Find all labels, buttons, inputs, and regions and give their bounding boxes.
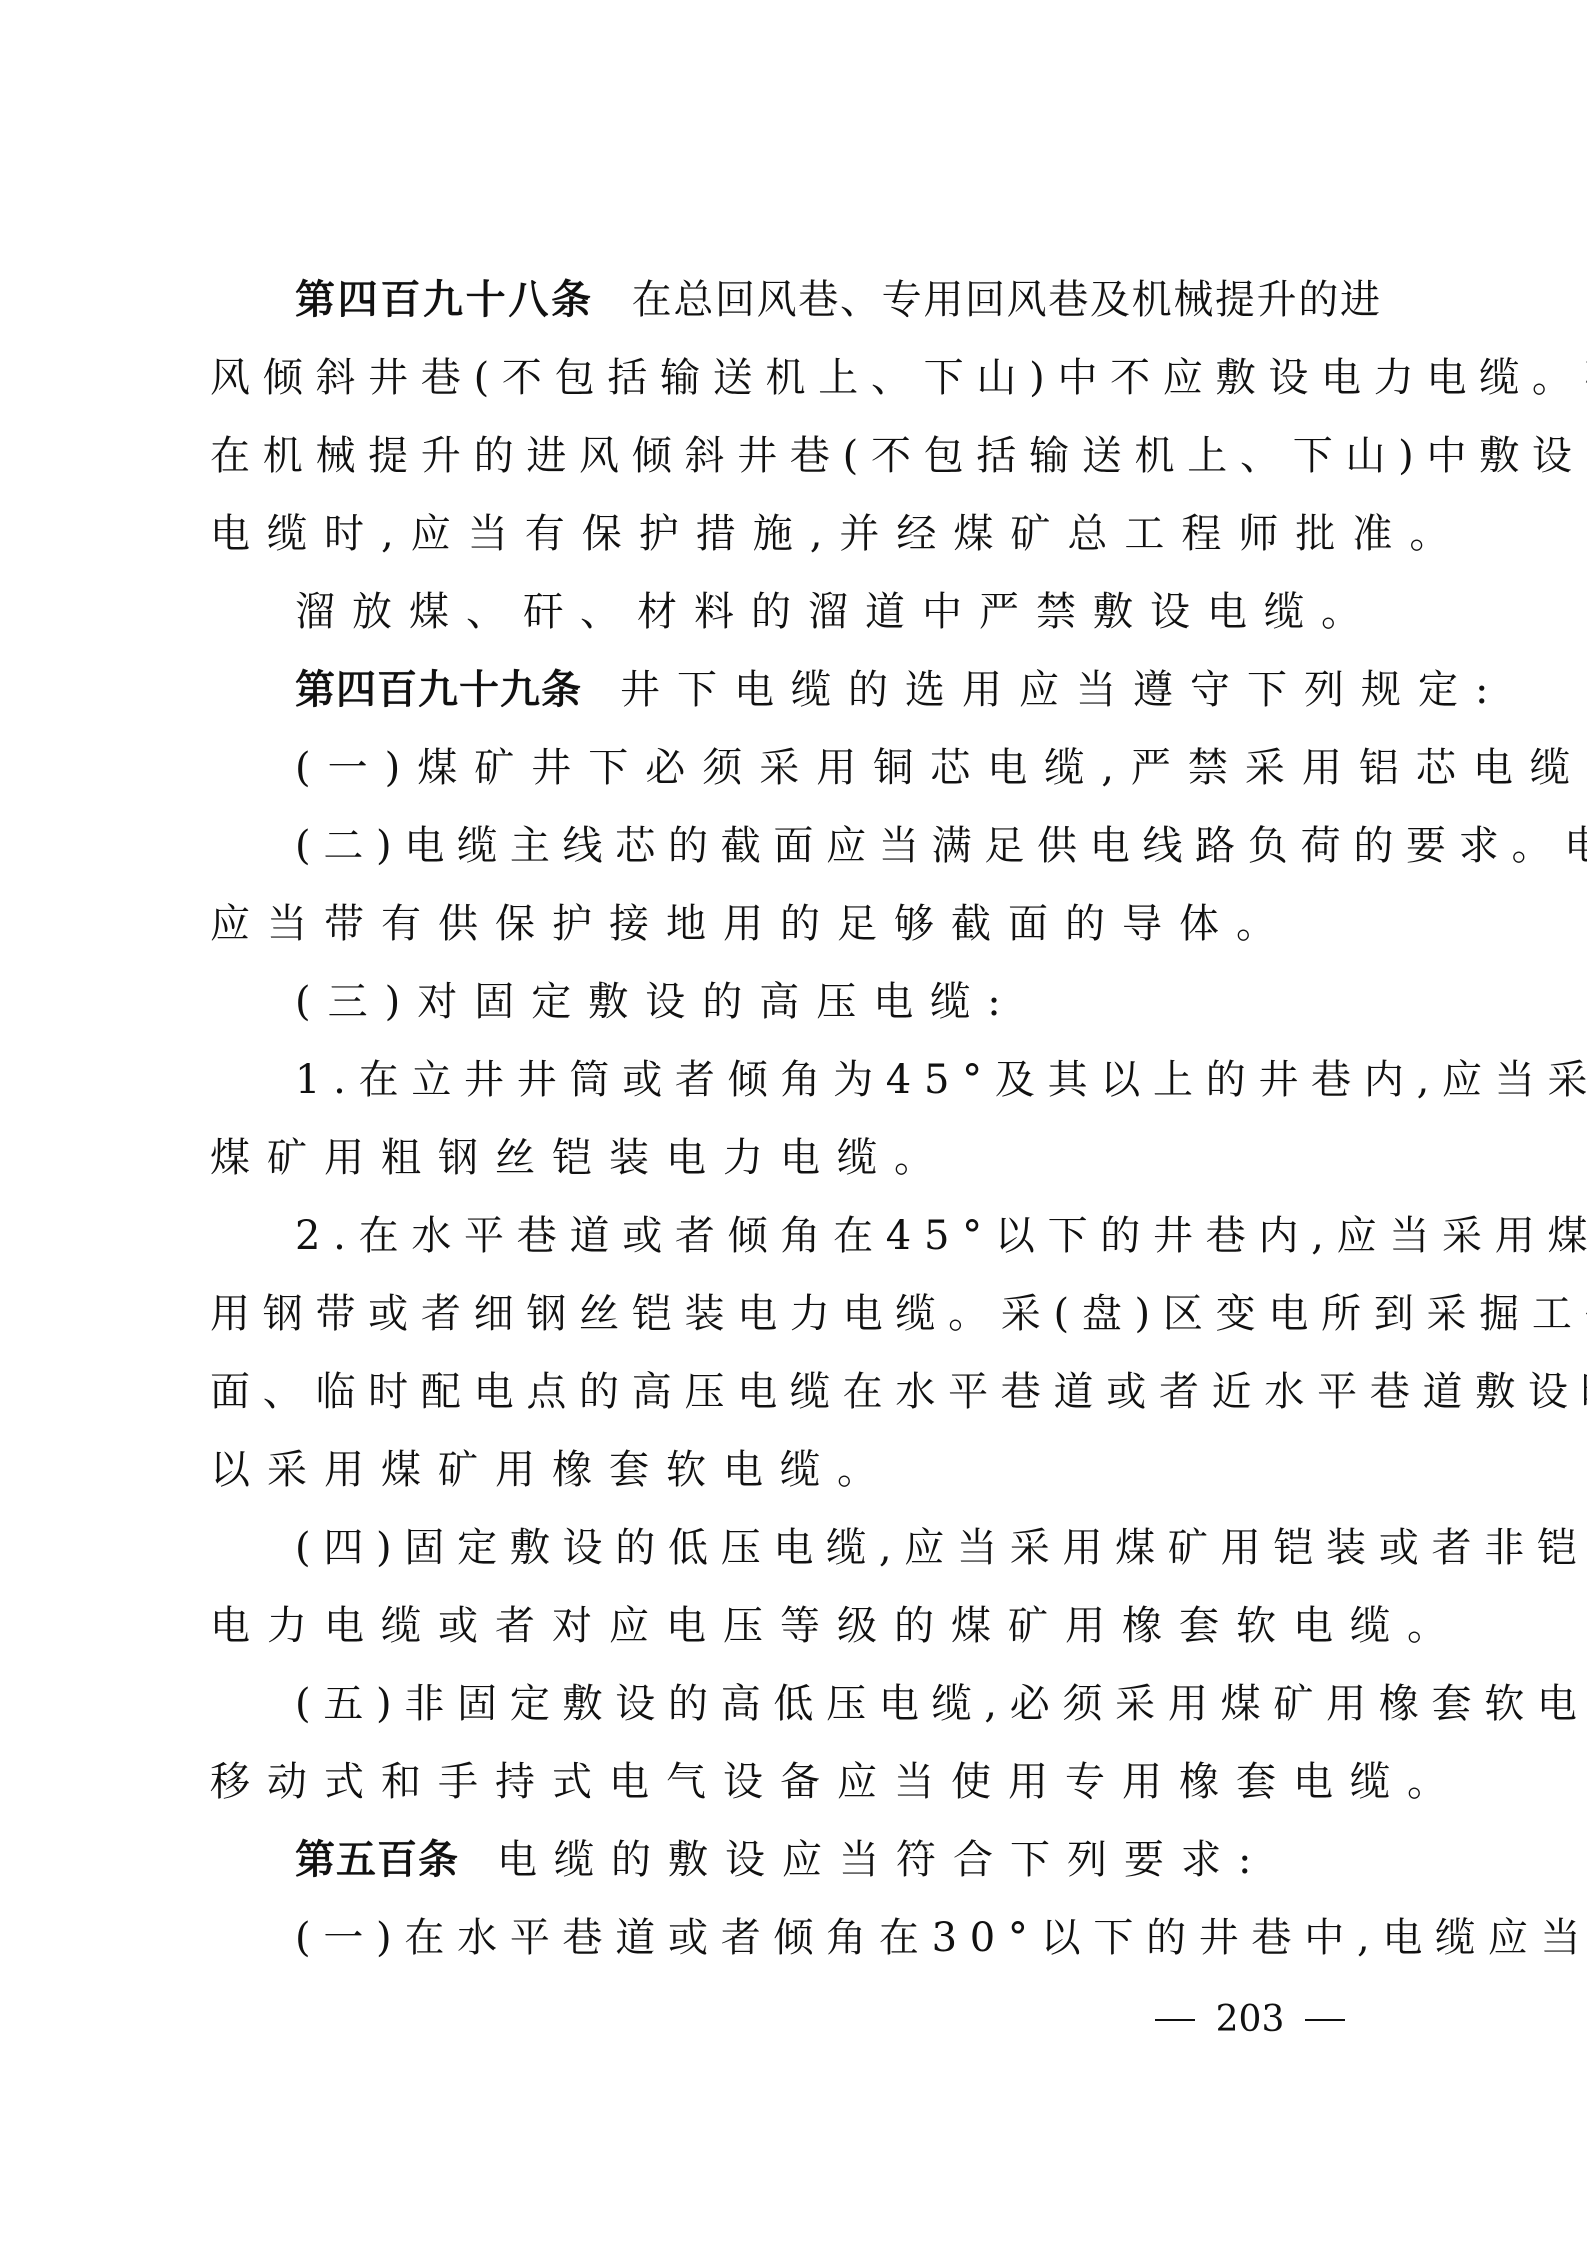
page-number-footer: 203	[1155, 1995, 1345, 2045]
dash-left	[1155, 2019, 1195, 2021]
text-line: 电缆的敷设应当符合下列要求:	[497, 1837, 1268, 1883]
text-line: 煤矿用粗钢丝铠装电力电缆。	[210, 1128, 1380, 1188]
text-line: 井下电缆的选用应当遵守下列规定:	[620, 667, 1505, 713]
list-item: ( 二 ) 电 缆 主 线 芯 的 截 面 应 当 满 足 供 电 线 路 负 …	[295, 816, 1380, 876]
article-499-line-1: 第四百九十九条井下电缆的选用应当遵守下列规定:	[295, 660, 1380, 720]
text-line: 以采用煤矿用橡套软电缆。	[210, 1440, 1380, 1500]
list-item: (三)对固定敷设的高压电缆:	[295, 972, 1380, 1032]
text-line: 电力电缆或者对应电压等级的煤矿用橡套软电缆。	[210, 1596, 1380, 1656]
text-line: 面 、 临 时 配 电 点 的 高 压 电 缆 在 水 平 巷 道 或 者 近 …	[210, 1362, 1380, 1422]
text-line: 在 机 械 提 升 的 进 风 倾 斜 井 巷 ( 不 包 括 输 送 机 上 …	[210, 426, 1380, 486]
list-item: ( 一 ) 在 水 平 巷 道 或 者 倾 角 在 3 0 ° 以 下 的 井 …	[295, 1908, 1380, 1968]
text-line: 在总回风巷、专用回风巷及机械提升的进	[632, 277, 1380, 323]
text-line: 移动式和手持式电气设备应当使用专用橡套电缆。	[210, 1752, 1380, 1812]
article-heading: 第四百九十八条	[295, 277, 594, 323]
article-heading: 第五百条	[295, 1837, 459, 1883]
text-line: 用 钢 带 或 者 细 钢 丝 铠 装 电 力 电 缆 。 采 ( 盘 ) 区 …	[210, 1284, 1380, 1344]
article-heading: 第四百九十九条	[295, 667, 582, 713]
list-item: 2 . 在 水 平 巷 道 或 者 倾 角 在 4 5 ° 以 下 的 井 巷 …	[295, 1206, 1380, 1266]
list-item: ( 四 ) 固 定 敷 设 的 低 压 电 缆 , 应 当 采 用 煤 矿 用 …	[295, 1518, 1380, 1578]
paragraph-line: 溜放煤、矸、材料的溜道中严禁敷设电缆。	[295, 582, 1380, 642]
article-498-line-1: 第四百九十八条在总回风巷、专用回风巷及机械提升的进	[295, 270, 1380, 330]
text-line: 电缆时,应当有保护措施,并经煤矿总工程师批准。	[210, 504, 1380, 564]
page-number: 203	[1216, 1995, 1285, 2045]
dash-right	[1305, 2019, 1345, 2021]
text-line: 应当带有供保护接地用的足够截面的导体。	[210, 894, 1380, 954]
article-500-line-1: 第五百条电缆的敷设应当符合下列要求:	[295, 1830, 1380, 1890]
list-item: (一)煤矿井下必须采用铜芯电缆,严禁采用铝芯电缆。	[295, 738, 1380, 798]
text-line: 风 倾 斜 井 巷 ( 不 包 括 输 送 机 上 、 下 山 ) 中 不 应 …	[210, 348, 1380, 408]
document-page: 第四百九十八条在总回风巷、专用回风巷及机械提升的进 风 倾 斜 井 巷 ( 不 …	[0, 0, 1587, 2245]
list-item: 1 . 在 立 井 井 筒 或 者 倾 角 为 4 5 ° 及 其 以 上 的 …	[295, 1050, 1380, 1110]
list-item: ( 五 ) 非 固 定 敷 设 的 高 低 压 电 缆 , 必 须 采 用 煤 …	[295, 1674, 1380, 1734]
